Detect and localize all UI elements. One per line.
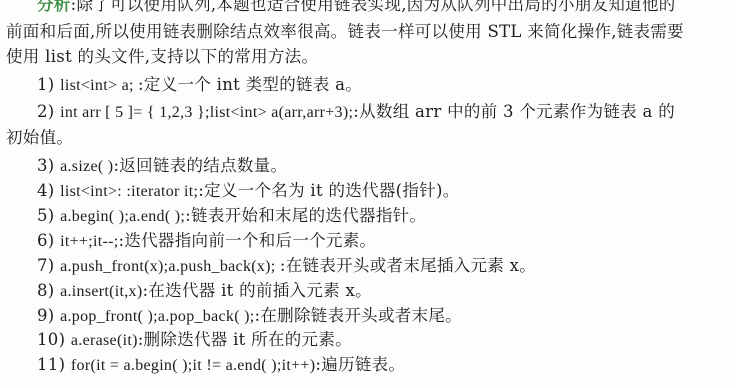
method-item-6: 6) it++;it--;:迭代器指向前一个和后一个元素。	[37, 231, 376, 252]
intro-line-2: 前面和后面,所以使用链表删除结点效率很高。链表一样可以使用 STL 来简化操作,…	[6, 22, 684, 42]
analysis-label: 分析	[37, 0, 71, 14]
method-item-8: 8) a.insert(it,x):在迭代器 it 的前插入元素 x。	[37, 281, 372, 302]
method-item-1: 1) list<int> a; :定义一个 int 类型的链表 a。	[37, 75, 362, 96]
method-item-5: 5) a.begin( );a.end( );:链表开始和末尾的迭代器指针。	[37, 206, 426, 227]
method-item-4: 4) list<int>: :iterator it;:定义一个名为 it 的迭…	[37, 181, 460, 202]
method-item-9: 9) a.pop_front( );a.pop_back( );:在删除链表开头…	[37, 306, 462, 327]
intro-line-3: 使用 list 的头文件,支持以下的常用方法。	[6, 47, 318, 67]
method-item-7: 7) a.push_front(x);a.push_back(x); :在链表开…	[37, 256, 536, 277]
method-item-10: 10) a.erase(it):删除迭代器 it 所在的元素。	[37, 330, 352, 351]
method-item-2-continued: 初始值。	[6, 128, 73, 148]
method-item-11: 11) for(it = a.begin( );it != a.end( );i…	[37, 355, 405, 376]
intro-line-1: 分析:除了可以使用队列,本题也适合使用链表实现,因为从队列中出局的小朋友知道他的	[37, 0, 676, 15]
method-item-3: 3) a.size( ):返回链表的结点数量。	[37, 156, 287, 177]
method-item-2: 2) int arr [ 5 ]= { 1,2,3 };list<int> a(…	[37, 102, 675, 123]
